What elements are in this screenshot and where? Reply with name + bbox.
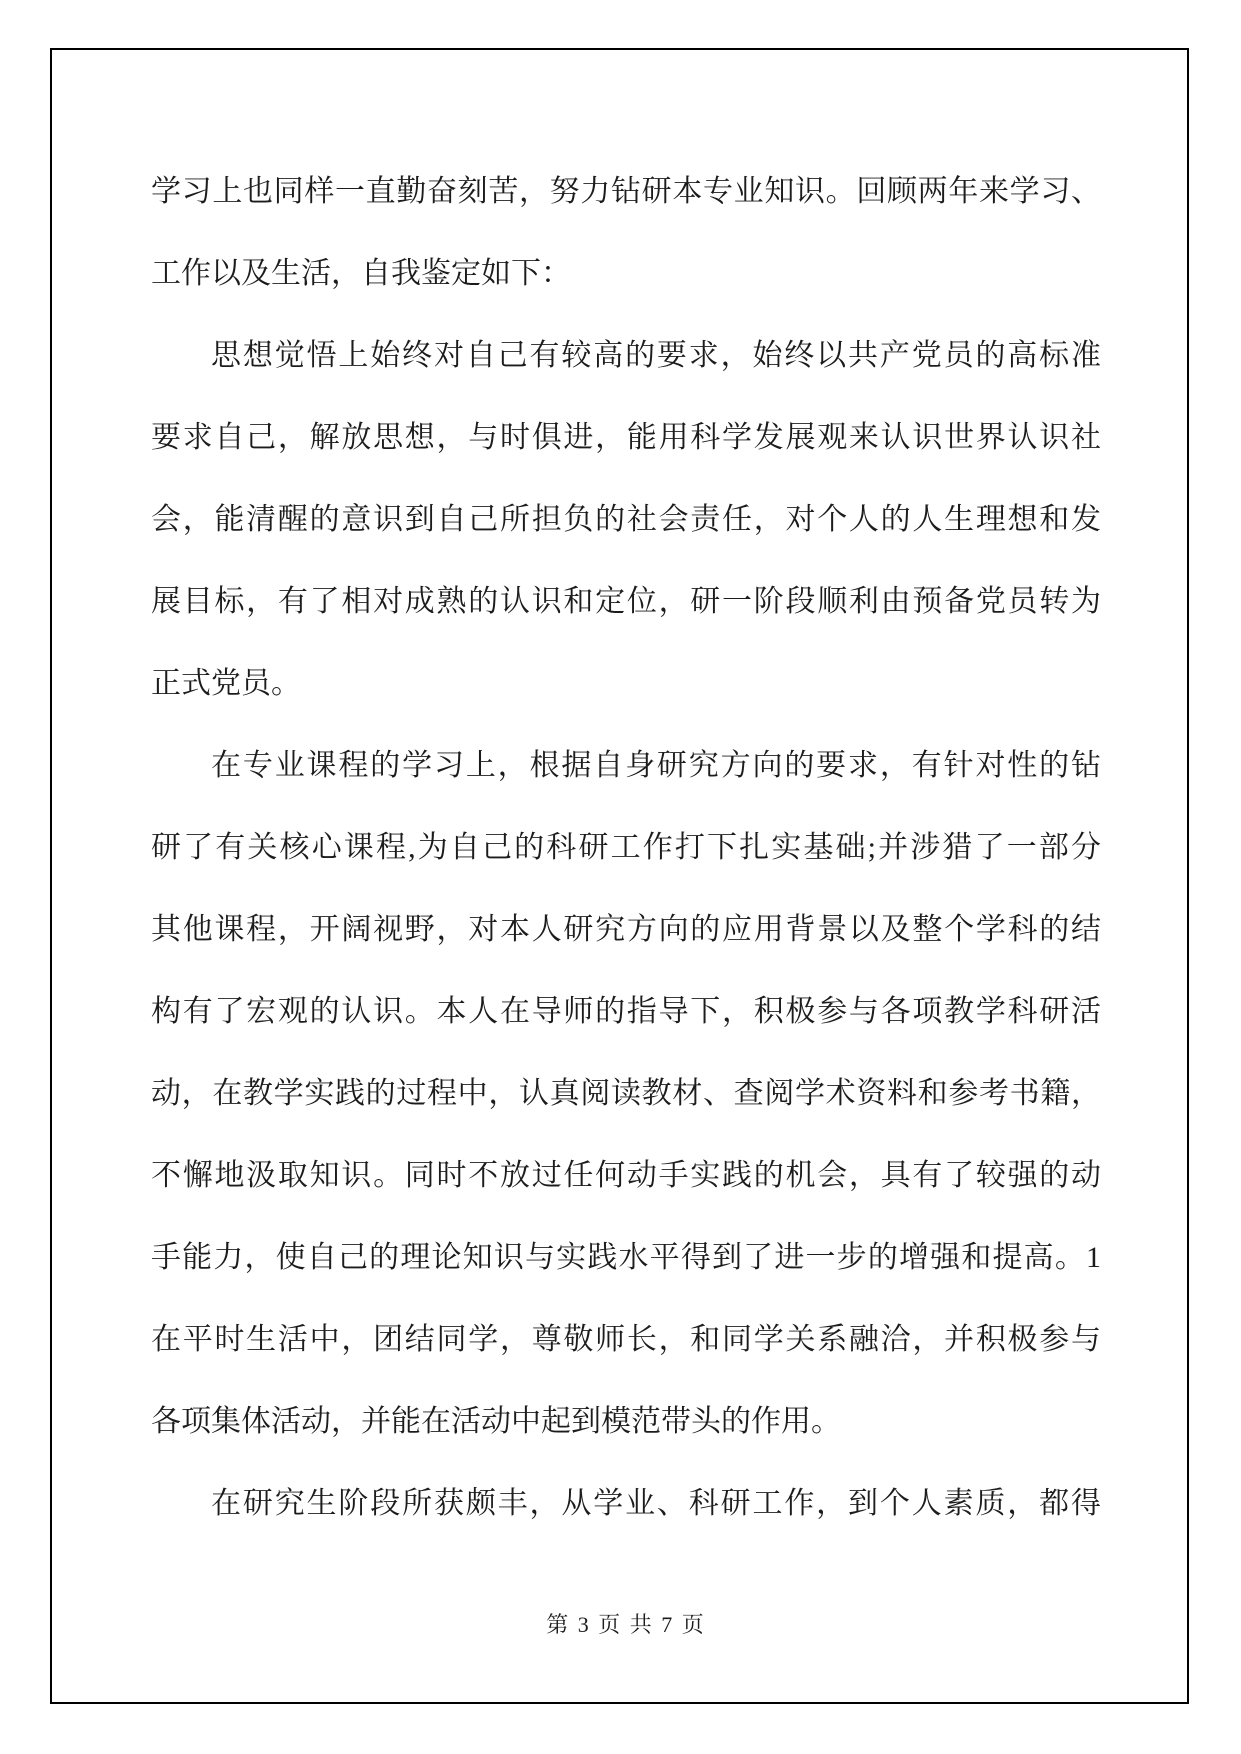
text-line: 动，在教学实践的过程中，认真阅读教材、查阅学术资料和参考书籍， (151, 1053, 1101, 1135)
text-line: 在平时生活中，团结同学，尊敬师长，和同学关系融洽，并积极参与 (151, 1299, 1101, 1381)
page-footer: 第 3 页 共 7 页 (151, 1610, 1101, 1640)
text-line: 学习上也同样一直勤奋刻苦，努力钻研本专业知识。回顾两年来学习、 (151, 151, 1101, 233)
text-line: 构有了宏观的认识。本人在导师的指导下，积极参与各项教学科研活 (151, 971, 1101, 1053)
text-line: 各项集体活动，并能在活动中起到模范带头的作用。 (151, 1381, 1101, 1463)
text-line: 手能力，使自己的理论知识与实践水平得到了进一步的增强和提高。1 (151, 1217, 1101, 1299)
text-line: 不懈地汲取知识。同时不放过任何动手实践的机会，具有了较强的动 (151, 1135, 1101, 1217)
text-line: 工作以及生活，自我鉴定如下： (151, 233, 1101, 315)
text-line: 会，能清醒的意识到自己所担负的社会责任，对个人的人生理想和发 (151, 479, 1101, 561)
text-line: 在专业课程的学习上，根据自身研究方向的要求，有针对性的钻 (151, 725, 1101, 807)
text-line: 正式党员。 (151, 643, 1101, 725)
document-page: 学习上也同样一直勤奋刻苦，努力钻研本专业知识。回顾两年来学习、 工作以及生活，自… (0, 0, 1241, 1754)
text-line: 研了有关核心课程,为自己的科研工作打下扎实基础;并涉猎了一部分 (151, 807, 1101, 889)
text-line: 在研究生阶段所获颇丰，从学业、科研工作，到个人素质，都得 (151, 1463, 1101, 1545)
text-line: 展目标，有了相对成熟的认识和定位，研一阶段顺利由预备党员转为 (151, 561, 1101, 643)
text-line: 思想觉悟上始终对自己有较高的要求，始终以共产党员的高标准 (151, 315, 1101, 397)
text-line: 要求自己，解放思想，与时俱进，能用科学发展观来认识世界认识社 (151, 397, 1101, 479)
text-line: 其他课程，开阔视野，对本人研究方向的应用背景以及整个学科的结 (151, 889, 1101, 971)
document-body: 学习上也同样一直勤奋刻苦，努力钻研本专业知识。回顾两年来学习、 工作以及生活，自… (151, 151, 1101, 1545)
